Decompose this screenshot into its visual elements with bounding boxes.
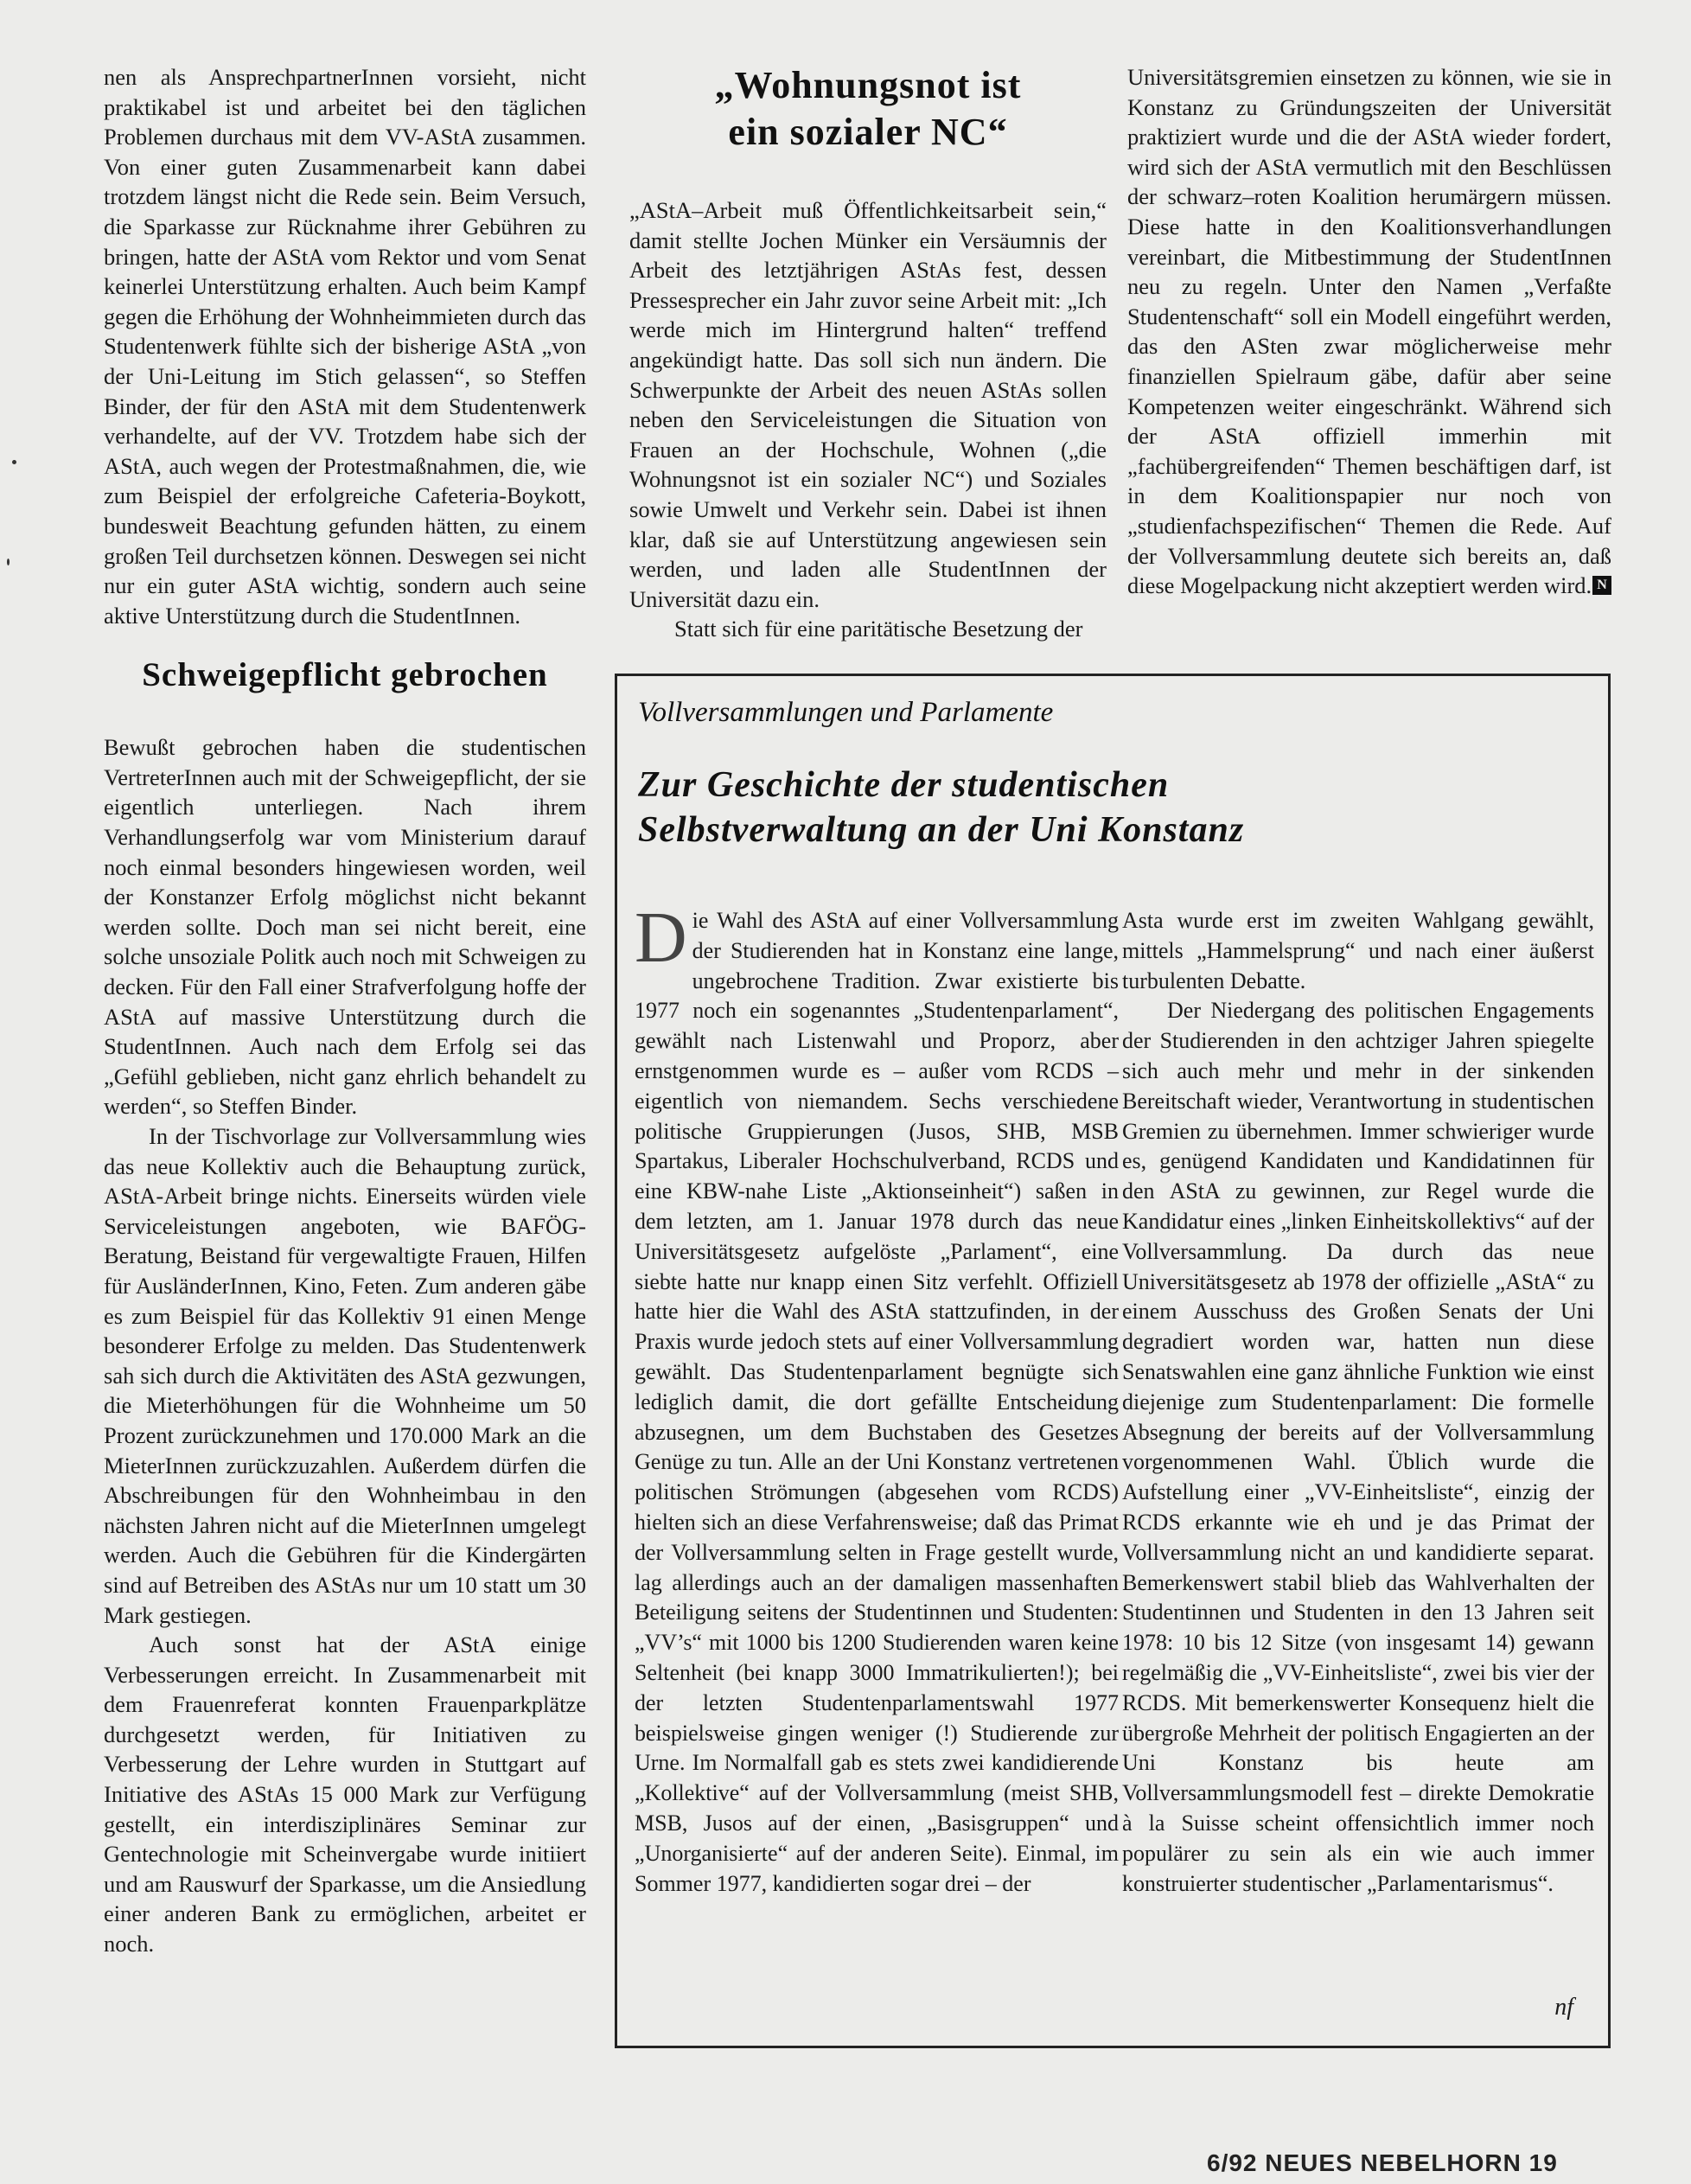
article-title: „Wohnungsnot ist ein sozialer NC“ [629,62,1107,156]
column-right: Universitätsgremien einsetzen zu können,… [1127,62,1611,601]
article-title-line2: ein sozialer NC“ [629,109,1107,156]
drop-cap: D [635,910,687,967]
article-paragraph: Statt sich für eine paritätische Besetzu… [629,614,1107,644]
box-title: Zur Geschichte der studentischen Selbstv… [638,763,1244,853]
scan-speck [12,460,16,464]
box-column-left: D ie Wahl des AStA auf einer Vollversamm… [635,906,1119,1899]
box-paragraph-text: ie Wahl des AStA auf einer Vollversammlu… [635,908,1119,1896]
box-title-line1: Zur Geschichte der studentischen [638,763,1244,808]
column-left: nen als AnsprechpartnerInnen vorsieht, n… [104,62,586,1959]
box-paragraph: Asta wurde erst im zweiten Wahlgang gewä… [1122,906,1594,996]
publication-name: NEUES NEBELHORN [1265,2149,1522,2176]
end-of-article-icon: N [1592,576,1611,595]
author-signature: nf [1554,1994,1573,2021]
box-paragraph: Der Niedergang des politischen Engagemen… [1122,996,1594,1899]
page-number: 19 [1529,2149,1558,2176]
page-footer: 6/92 NEUES NEBELHORN 19 [1207,2149,1558,2177]
issue-number: 6/92 [1207,2149,1258,2176]
article-paragraph: „AStA–Arbeit muß Öffentlichkeitsarbeit s… [629,195,1107,614]
article-paragraph-text: Universitätsgremien einsetzen zu können,… [1127,64,1611,598]
article-paragraph: Bewußt gebrochen haben die studentischen… [104,732,586,1121]
box-column-right: Asta wurde erst im zweiten Wahlgang gewä… [1122,906,1594,1899]
article-paragraph: Auch sonst hat der AStA einige Verbesser… [104,1630,586,1959]
article-paragraph: In der Tischvorlage zur Vollversammlung … [104,1121,586,1630]
column-middle: „Wohnungsnot ist ein sozialer NC“ „AStA–… [629,62,1107,644]
box-title-line2: Selbstverwaltung an der Uni Konstanz [638,808,1244,853]
article-title-line1: „Wohnungsnot ist [629,62,1107,109]
article-paragraph: Universitätsgremien einsetzen zu können,… [1127,62,1611,601]
sidebar-article-box: Vollversammlungen und Parlamente Zur Ges… [615,674,1611,2048]
section-heading: Schweigepflicht gebrochen [104,655,586,696]
box-kicker: Vollversammlungen und Parlamente [638,695,1053,730]
article-paragraph: nen als AnsprechpartnerInnen vorsieht, n… [104,62,586,630]
box-paragraph: D ie Wahl des AStA auf einer Vollversamm… [635,906,1119,1899]
scan-speck [7,559,10,565]
